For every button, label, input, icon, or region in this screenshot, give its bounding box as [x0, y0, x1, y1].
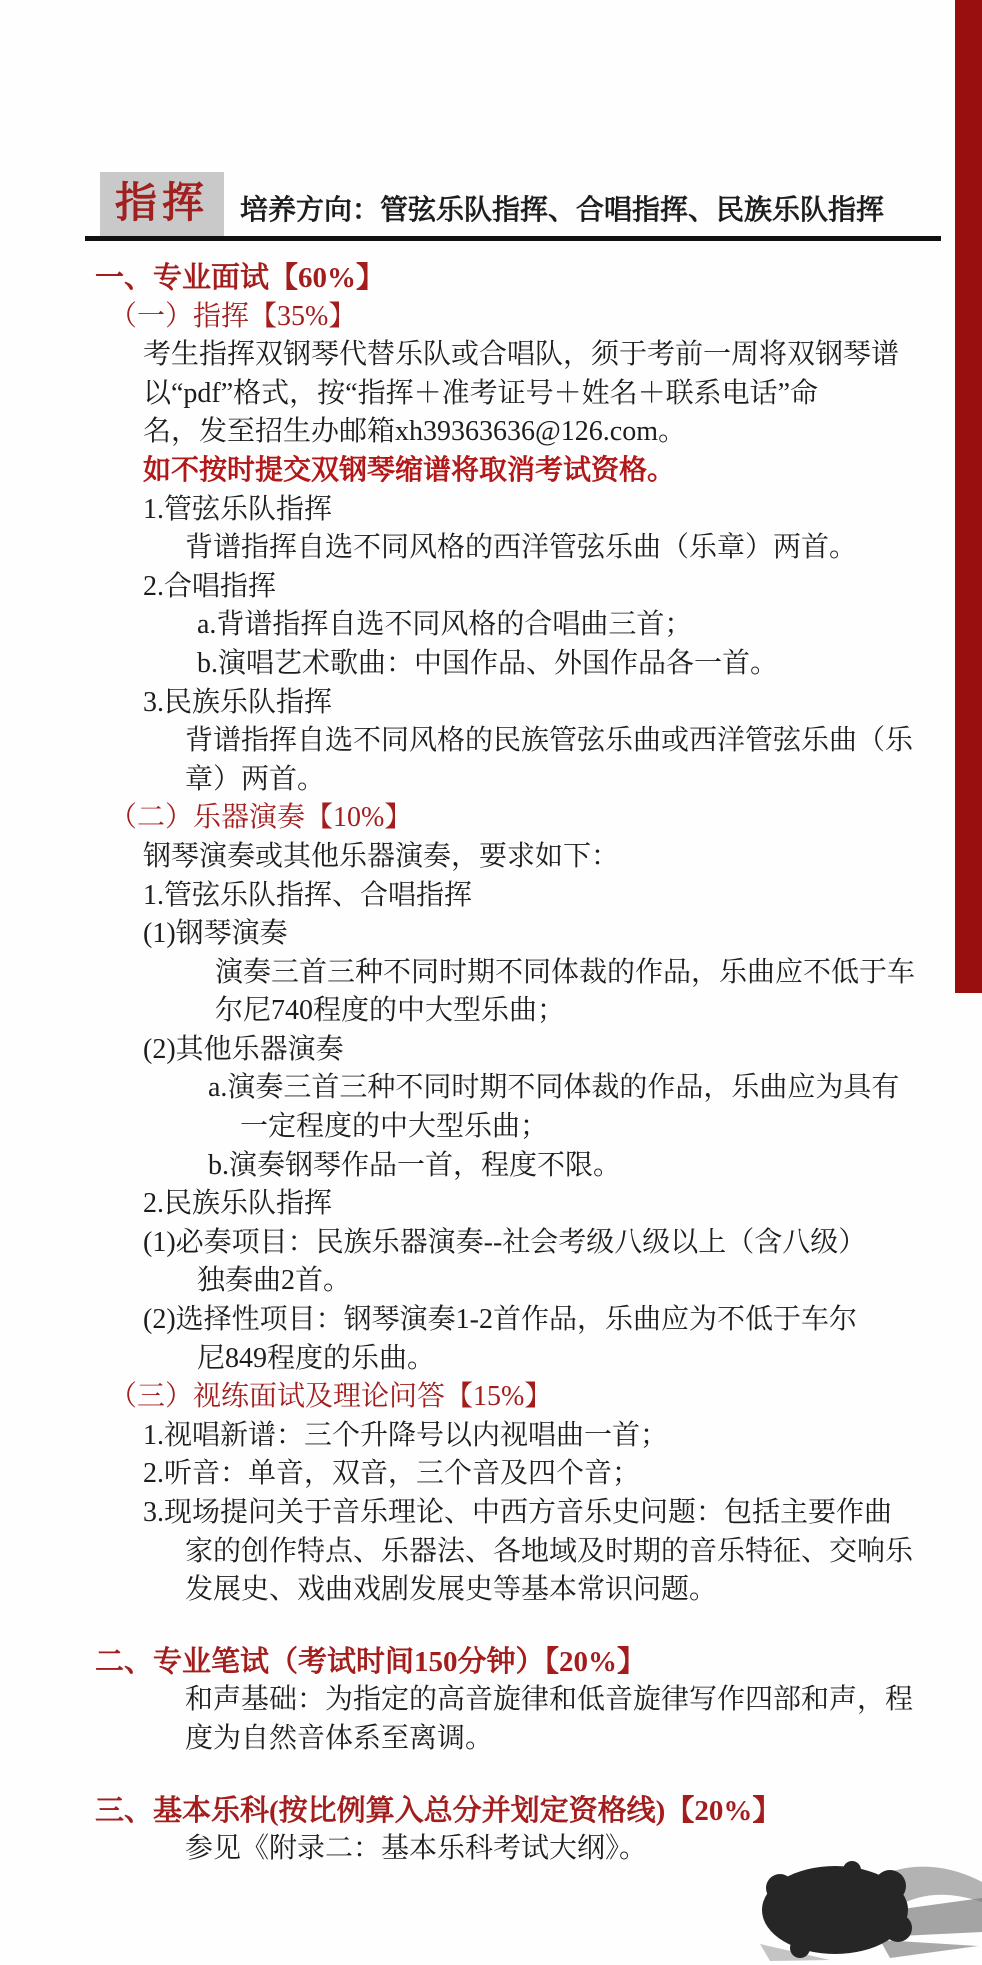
- text-line: 尼849程度的乐曲。: [95, 1340, 955, 1379]
- text-line: 章）两首。: [95, 761, 955, 800]
- section-tag: 指挥: [100, 172, 224, 236]
- text-line: 一、专业面试【60%】: [95, 259, 955, 298]
- text-line: 尔尼740程度的中大型乐曲；: [95, 992, 955, 1031]
- text-line: 背谱指挥自选不同风格的西洋管弦乐曲（乐章）两首。: [95, 529, 955, 568]
- text-line: 发展史、戏曲戏剧发展史等基本常识问题。: [95, 1571, 955, 1610]
- text-line: 3.现场提问关于音乐理论、中西方音乐史问题：包括主要作曲: [95, 1494, 955, 1533]
- text-line: 1.管弦乐队指挥、合唱指挥: [95, 877, 955, 916]
- text-line: 2.听音：单音，双音，三个音及四个音；: [95, 1455, 955, 1494]
- ink-blob-edge: [790, 1938, 810, 1958]
- text-line: (1)钢琴演奏: [95, 915, 955, 954]
- ink-blob-edge: [874, 1870, 906, 1902]
- document-body: 一、专业面试【60%】（一）指挥【35%】考生指挥双钢琴代替乐队或合唱队，须于考…: [95, 259, 955, 1869]
- text-line: 演奏三首三种不同时期不同体裁的作品，乐曲应不低于车: [95, 954, 955, 993]
- doc-section: 一、专业面试【60%】（一）指挥【35%】考生指挥双钢琴代替乐队或合唱队，须于考…: [95, 259, 955, 1610]
- text-line: 独奏曲2首。: [95, 1262, 955, 1301]
- training-direction-heading: 培养方向：管弦乐队指挥、合唱指挥、民族乐队指挥: [240, 188, 940, 228]
- text-line: 如不按时提交双钢琴缩谱将取消考试资格。: [95, 452, 955, 491]
- text-line: 1.视唱新谱：三个升降号以内视唱曲一首；: [95, 1417, 955, 1456]
- section-tag-label: 指挥: [115, 181, 209, 227]
- text-line: 2.合唱指挥: [95, 568, 955, 607]
- text-line: 考生指挥双钢琴代替乐队或合唱队，须于考前一周将双钢琴谱: [95, 336, 955, 375]
- text-line: （一）指挥【35%】: [95, 298, 955, 337]
- doc-section: 二、专业笔试（考试时间150分钟）【20%】和声基础：为指定的高音旋律和低音旋律…: [95, 1643, 955, 1759]
- text-line: (2)选择性项目：钢琴演奏1-2首作品，乐曲应为不低于车尔: [95, 1301, 955, 1340]
- ink-blob-edge: [884, 1914, 912, 1942]
- ink-streak: [880, 1940, 978, 1958]
- right-accent-bar: [955, 0, 982, 993]
- text-line: 和声基础：为指定的高音旋律和低音旋律写作四部和声，程: [95, 1681, 955, 1720]
- text-line: 三、基本乐科(按比例算入总分并划定资格线)【20%】: [95, 1792, 955, 1831]
- text-line: (2)其他乐器演奏: [95, 1031, 955, 1070]
- text-line: 2.民族乐队指挥: [95, 1185, 955, 1224]
- text-line: 家的创作特点、乐器法、各地域及时期的音乐特征、交响乐: [95, 1533, 955, 1572]
- text-line: 以“pdf”格式，按“指挥＋准考证号＋姓名＋联系电话”命: [95, 375, 955, 414]
- text-line: 背谱指挥自选不同风格的民族管弦乐曲或西洋管弦乐曲（乐: [95, 722, 955, 761]
- text-line: b.演唱艺术歌曲：中国作品、外国作品各一首。: [95, 645, 955, 684]
- text-line: a.背谱指挥自选不同风格的合唱曲三首；: [95, 606, 955, 645]
- text-line: 名，发至招生办邮箱xh39363636@126.com。: [95, 413, 955, 452]
- text-line: 1.管弦乐队指挥: [95, 491, 955, 530]
- document-page: 指挥 培养方向：管弦乐队指挥、合唱指挥、民族乐队指挥 一、专业面试【60%】（一…: [0, 0, 982, 1965]
- text-line: b.演奏钢琴作品一首，程度不限。: [95, 1147, 955, 1186]
- ink-blob-edge: [843, 1861, 861, 1879]
- text-line: (1)必奏项目：民族乐器演奏--社会考级八级以上（含八级）: [95, 1224, 955, 1263]
- text-line: 一定程度的中大型乐曲；: [95, 1108, 955, 1147]
- header-rule: [85, 236, 941, 241]
- text-line: 3.民族乐队指挥: [95, 684, 955, 723]
- text-line: a.演奏三首三种不同时期不同体裁的作品，乐曲应为具有: [95, 1069, 955, 1108]
- text-line: 度为自然音体系至离调。: [95, 1720, 955, 1759]
- text-line: 钢琴演奏或其他乐器演奏，要求如下：: [95, 838, 955, 877]
- text-line: （二）乐器演奏【10%】: [95, 799, 955, 838]
- text-line: （三）视练面试及理论问答【15%】: [95, 1378, 955, 1417]
- text-line: 二、专业笔试（考试时间150分钟）【20%】: [95, 1643, 955, 1682]
- ink-blob-edge: [766, 1874, 794, 1902]
- ink-splash-page-number: [740, 1858, 982, 1963]
